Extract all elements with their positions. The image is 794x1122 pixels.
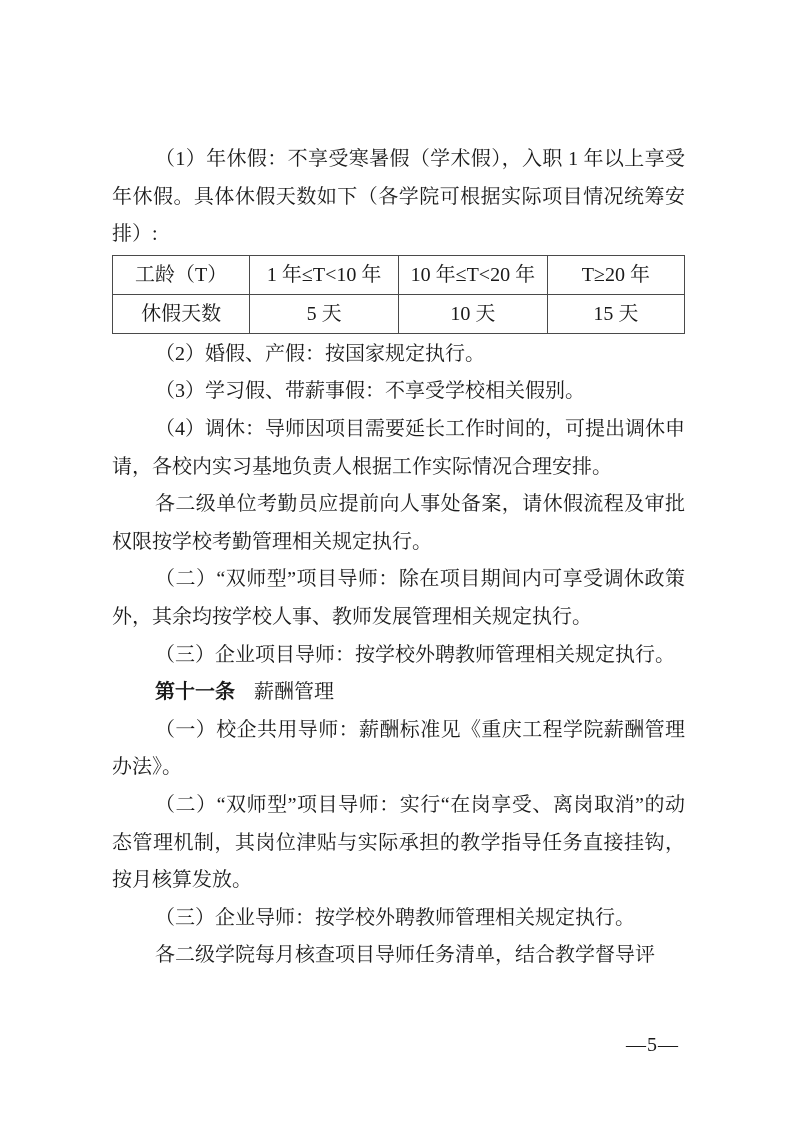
document-page: （1）年休假：不享受寒暑假（学术假），入职 1 年以上享受年休假。具体休假天数如… bbox=[0, 0, 794, 1122]
table-cell-range-3: T≥20 年 bbox=[547, 255, 684, 294]
paragraph-shared-mentor-salary: （一）校企共用导师：薪酬标准见《重庆工程学院薪酬管理办法》。 bbox=[112, 712, 685, 787]
table-cell-days-1: 5 天 bbox=[250, 294, 399, 333]
paragraph-enterprise-project-mentor: （三）企业项目导师：按学校外聘教师管理相关规定执行。 bbox=[112, 637, 685, 675]
paragraph-dual-mentor-allowance: （二）“双师型”项目导师：实行“在岗享受、离岗取消”的动态管理机制，其岗位津贴与… bbox=[112, 787, 685, 900]
paragraph-attendance-filing: 各二级单位考勤员应提前向人事处备案，请休假流程及审批权限按学校考勤管理相关规定执… bbox=[112, 486, 685, 561]
page-number: —5— bbox=[626, 1034, 679, 1057]
paragraph-annual-leave: （1）年休假：不享受寒暑假（学术假），入职 1 年以上享受年休假。具体休假天数如… bbox=[112, 141, 685, 254]
table-header-row: 工龄（T） 1 年≤T<10 年 10 年≤T<20 年 T≥20 年 bbox=[113, 255, 685, 294]
vacation-days-table: 工龄（T） 1 年≤T<10 年 10 年≤T<20 年 T≥20 年 休假天数… bbox=[112, 255, 685, 334]
paragraph-enterprise-mentor-salary: （三）企业导师：按学校外聘教师管理相关规定执行。 bbox=[112, 900, 685, 938]
table-cell-range-2: 10 年≤T<20 年 bbox=[398, 255, 547, 294]
table-values-row: 休假天数 5 天 10 天 15 天 bbox=[113, 294, 685, 333]
table-cell-days-2: 10 天 bbox=[398, 294, 547, 333]
table-cell-days-3: 15 天 bbox=[547, 294, 684, 333]
article-title: 薪酬管理 bbox=[254, 681, 334, 703]
article-number: 第十一条 bbox=[155, 681, 235, 703]
table-cell-range-1: 1 年≤T<10 年 bbox=[250, 255, 399, 294]
paragraph-compensatory-leave: （4）调休：导师因项目需要延长工作时间的，可提出调休申请，各校内实习基地负责人根… bbox=[112, 411, 685, 486]
table-cell-days-label: 休假天数 bbox=[113, 294, 250, 333]
paragraph-dual-qualified-mentor: （二）“双师型”项目导师：除在项目期间内可享受调休政策外，其余均按学校人事、教师… bbox=[112, 561, 685, 636]
paragraph-monthly-task-review: 各二级学院每月核查项目导师任务清单，结合教学督导评 bbox=[112, 937, 685, 975]
paragraph-study-leave: （3）学习假、带薪事假：不享受学校相关假别。 bbox=[112, 373, 685, 411]
document-body: （1）年休假：不享受寒暑假（学术假），入职 1 年以上享受年休假。具体休假天数如… bbox=[112, 141, 685, 975]
table-cell-seniority-label: 工龄（T） bbox=[113, 255, 250, 294]
paragraph-marriage-leave: （2）婚假、产假：按国家规定执行。 bbox=[112, 336, 685, 374]
article-heading: 第十一条薪酬管理 bbox=[112, 674, 685, 712]
